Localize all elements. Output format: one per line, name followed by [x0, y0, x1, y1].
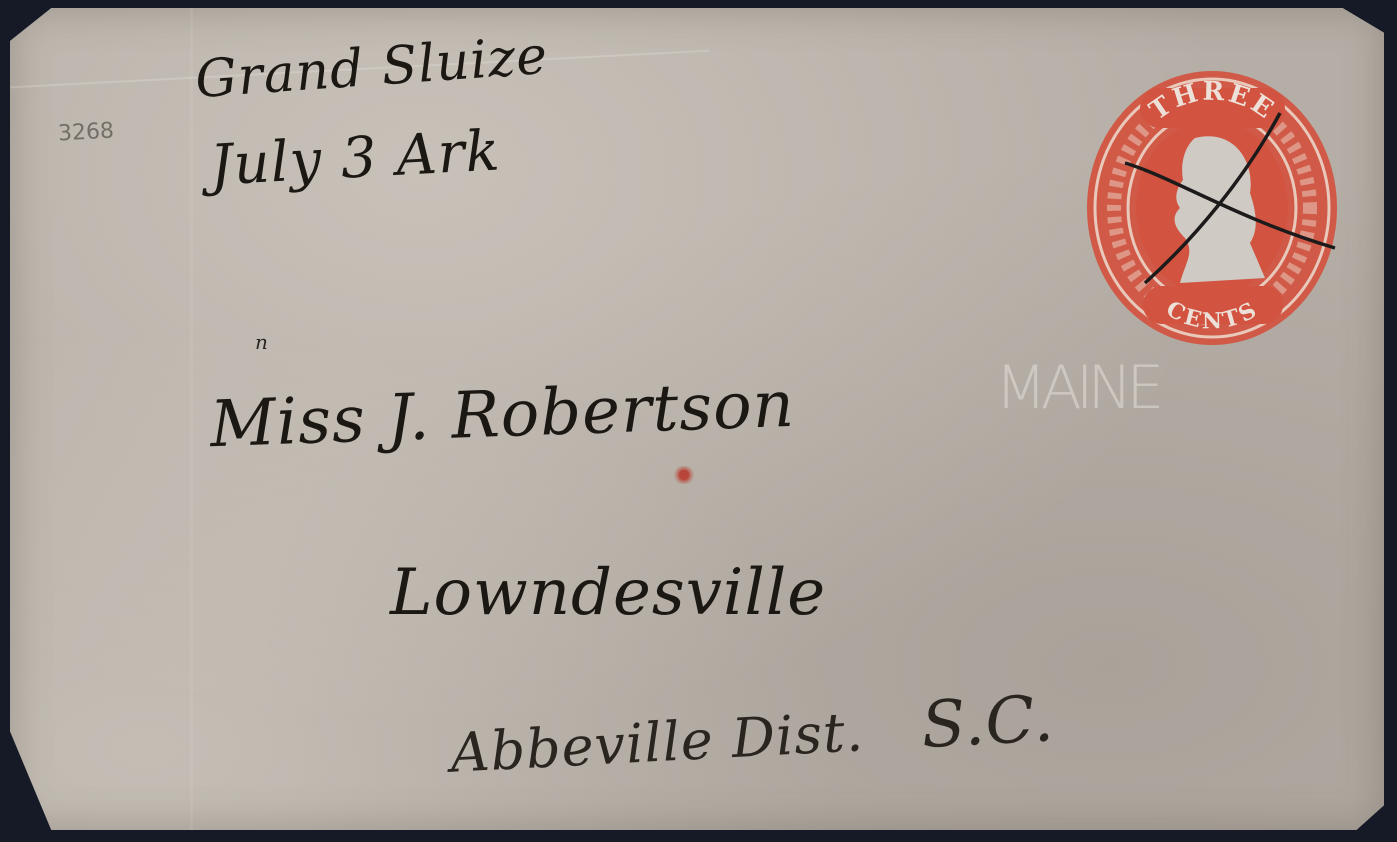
- address-district: Abbeville Dist. S.C.: [448, 682, 1056, 788]
- reference-number: 3268: [57, 119, 114, 147]
- address-town: Lowndesville: [390, 556, 826, 630]
- origin-line-2: July 3 Ark: [208, 118, 501, 198]
- fold-crease: [190, 8, 193, 830]
- stamp-three-cents: THREE CENTS: [1085, 68, 1340, 348]
- state-abbrev: S.C.: [920, 682, 1057, 763]
- origin-line-1: Grand Sluize: [193, 26, 550, 110]
- red-stain: [672, 466, 696, 484]
- embossed-text: MAINE: [995, 353, 1158, 423]
- district-name: Abbeville Dist.: [449, 700, 865, 785]
- addressee-name: Miss J. Robertson: [209, 368, 796, 462]
- envelope: 3268 Grand Sluize July 3 Ark n Miss J. R…: [10, 8, 1384, 830]
- note-mark: n: [255, 330, 268, 354]
